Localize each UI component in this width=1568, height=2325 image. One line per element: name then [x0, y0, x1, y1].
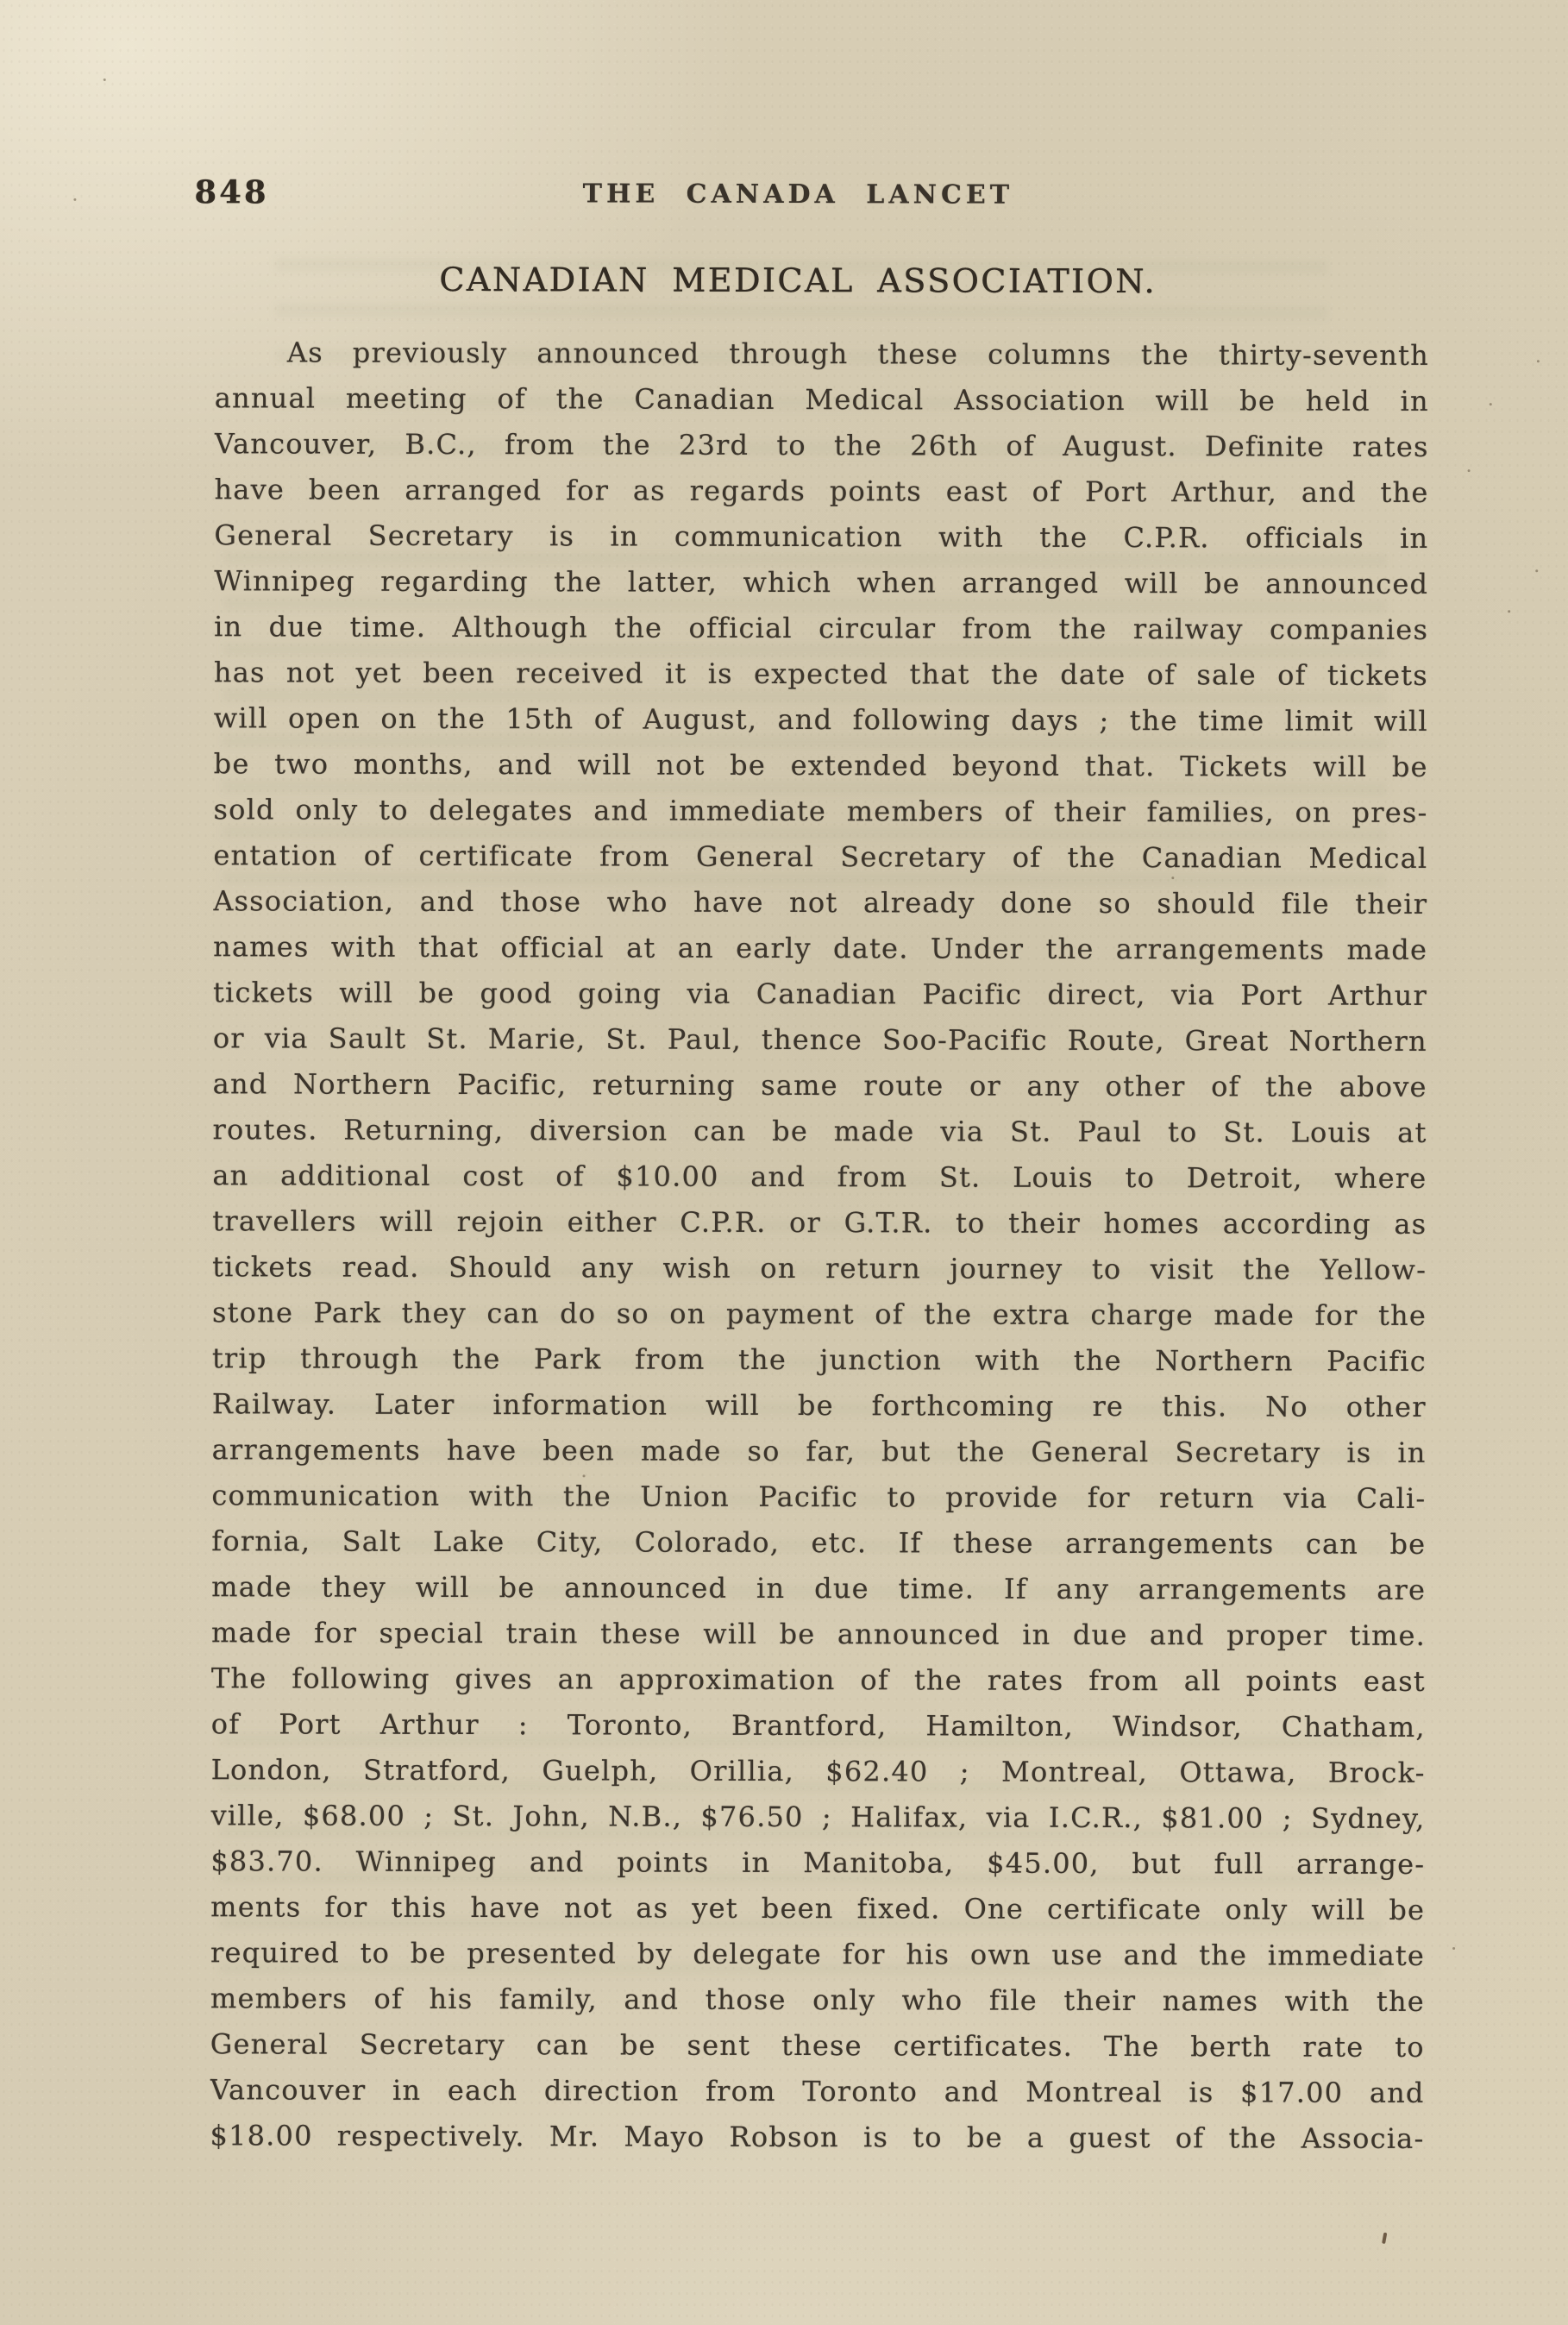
text-line: made they will be announced in due time.…: [211, 1564, 1426, 1613]
text-line: has not yet been received it is expected…: [214, 650, 1428, 699]
text-line: entation of certificate from General Sec…: [213, 833, 1427, 882]
text-line: fornia, Salt Lake City, Colorado, etc. I…: [211, 1518, 1426, 1568]
text-line: London, Stratford, Guelph, Orillia, $62.…: [211, 1747, 1426, 1796]
ink-speck: [1535, 569, 1538, 572]
ink-speck: [1452, 1947, 1455, 1950]
text-line: trip through the Park from the junction …: [212, 1335, 1427, 1385]
text-line: communication with the Union Pacific to …: [211, 1473, 1426, 1522]
text-line: travellers will rejoin either C.P.R. or …: [212, 1198, 1427, 1247]
text-line: Winnipeg regarding the latter, which whe…: [214, 558, 1428, 607]
ink-mark: [1382, 2233, 1387, 2245]
text-line: Vancouver, B.C., from the 23rd to the 26…: [215, 421, 1429, 470]
article-body: As previously announced through these co…: [210, 330, 1429, 2162]
text-line: As previously announced through these co…: [215, 330, 1429, 379]
scanned-page: 848 THE CANADA LANCET CANADIAN MEDICAL A…: [0, 0, 1568, 2325]
text-line: be two months, and will not be extended …: [214, 741, 1428, 790]
text-line: made for special train these will be ann…: [211, 1610, 1426, 1659]
ink-speck: [103, 79, 106, 81]
text-line: or via Sault St. Marie, St. Paul, thence…: [213, 1015, 1427, 1065]
running-head: THE CANADA LANCET: [172, 178, 1424, 212]
ink-speck: [73, 198, 76, 201]
text-line: $18.00 respectively. Mr. Mayo Robson is …: [210, 2113, 1424, 2162]
text-line: ments for this have not as yet been fixe…: [210, 1884, 1425, 1933]
ink-speck: [1468, 469, 1471, 472]
ink-speck: [1490, 403, 1492, 405]
text-line: of Port Arthur : Toronto, Brantford, Ham…: [211, 1701, 1426, 1750]
text-line: members of his family, and those only wh…: [210, 1976, 1425, 2025]
text-line: and Northern Pacific, returning same rou…: [213, 1061, 1427, 1110]
text-line: stone Park they can do so on payment of …: [212, 1290, 1427, 1339]
ink-speck: [1508, 610, 1510, 613]
text-line: General Secretary can be sent these cert…: [210, 2021, 1425, 2071]
text-line: in due time. Although the official circu…: [214, 604, 1428, 653]
text-line: annual meeting of the Canadian Medical A…: [215, 375, 1429, 424]
text-line: names with that official at an early dat…: [213, 924, 1427, 973]
article-heading: CANADIAN MEDICAL ASSOCIATION.: [172, 258, 1424, 303]
text-line: routes. Returning, diversion can be made…: [212, 1107, 1427, 1156]
text-line: will open on the 15th of August, and fol…: [214, 695, 1428, 745]
text-line: Vancouver in each direction from Toronto…: [210, 2067, 1425, 2116]
text-line: $83.70. Winnipeg and points in Manitoba,…: [210, 1838, 1425, 1888]
text-line: arrangements have been made so far, but …: [212, 1427, 1427, 1476]
text-line: Railway. Later information will be forth…: [212, 1381, 1427, 1430]
page-content: 848 THE CANADA LANCET CANADIAN MEDICAL A…: [0, 0, 1568, 2325]
text-line: The following gives an approximation of …: [211, 1656, 1426, 1705]
text-line: have been arranged for as regards points…: [214, 467, 1428, 516]
text-line: General Secretary is in communication wi…: [214, 512, 1428, 562]
text-line: sold only to delegates and immediate mem…: [213, 787, 1427, 836]
text-line: tickets will be good going via Canadian …: [213, 970, 1427, 1019]
ink-speck: [1537, 360, 1540, 362]
text-line: required to be presented by delegate for…: [210, 1930, 1425, 1979]
text-line: ville, $68.00 ; St. John, N.B., $76.50 ;…: [210, 1793, 1425, 1842]
text-line: tickets read. Should any wish on return …: [212, 1244, 1427, 1293]
text-line: an additional cost of $10.00 and from St…: [212, 1153, 1427, 1202]
text-line: Association, and those who have not alre…: [213, 878, 1427, 927]
